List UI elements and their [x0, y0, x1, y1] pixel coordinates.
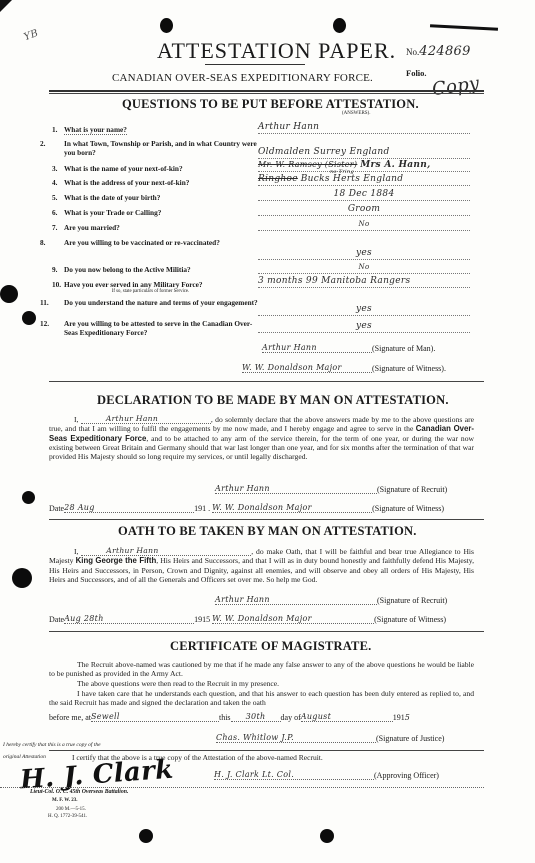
declaration-text: I, Arthur Hann, do solemnly declare that… [49, 414, 474, 461]
signature-of-witness-questions: W. W. Donaldson Major(Signature of Witne… [242, 363, 446, 373]
magistrate-para-1: The Recruit above-named was cautioned by… [49, 660, 474, 679]
force-name: CANADIAN OVER-SEAS EXPEDITIONARY FORCE. [112, 72, 373, 84]
corner-shadow [0, 0, 12, 12]
section-divider [49, 750, 484, 751]
answer-12: yes [258, 321, 470, 333]
form-code-3: H. Q. 1772-39-541. [48, 814, 87, 819]
oath-date-line: DateAug 28th1915 W. W. Donaldson Major(S… [49, 614, 446, 624]
answer-9: No [258, 262, 470, 274]
struck-number [430, 24, 498, 31]
answer-3: Mr. W. Ramsey (Sister) Mrs A. Hann, [258, 160, 470, 172]
punch-hole [139, 829, 153, 843]
true-copy-stamp-line-1: I hereby certify that this is a true cop… [3, 742, 101, 748]
signature-approving-officer: H. J. Clark Lt. Col.(Approving Officer) [214, 770, 439, 780]
question-9: 9.Do you now belong to the Active Militi… [52, 265, 249, 274]
attestation-year-suffix: 5 [405, 713, 410, 722]
question-3: 3.What is the name of your next-of-kin? [52, 164, 249, 173]
oath-date: Aug 28th [64, 614, 194, 624]
question-10-note: If so, state particulars of former Servi… [52, 289, 249, 295]
oath-name: Arthur Hann [81, 546, 251, 556]
punch-hole [12, 568, 32, 588]
punch-hole [22, 311, 36, 325]
form-code-1: M. F. W. 23. [52, 798, 78, 803]
answer-11: yes [258, 304, 470, 316]
officer-rank-stamp: Lieut-Col. O. C. 45th Overseas Battalion… [30, 789, 128, 795]
section-divider [0, 787, 484, 788]
answer-7: No [258, 219, 470, 231]
attestation-day: 30th [231, 712, 281, 722]
question-6: 6.What is your Trade or Calling? [52, 208, 249, 217]
oath-signature-recruit: Arthur Hann(Signature of Recruit) [215, 595, 447, 605]
punch-hole [0, 285, 18, 303]
title-underline [205, 64, 305, 65]
answer-4-insert: no Tring [330, 169, 354, 175]
oath-heading: OATH TO BE TAKEN BY MAN ON ATTESTATION. [118, 524, 417, 539]
answer-6: Groom [258, 204, 470, 216]
number-value: 424869 [419, 44, 470, 59]
questions-heading: QUESTIONS TO BE PUT BEFORE ATTESTATION. [122, 97, 419, 112]
declaration-date: 28 Aug [64, 503, 194, 513]
answer-5: 18 Dec 1884 [258, 189, 470, 201]
true-copy-stamp-line-2: original Attestation [3, 754, 46, 760]
signature-of-justice: Chas. Whitlow J.P.(Signature of Justice) [216, 733, 444, 743]
answer-1: Arthur Hann [258, 122, 470, 134]
punch-hole [333, 18, 346, 33]
question-8: 8.Are you willing to be vaccinated or re… [52, 237, 261, 249]
oath-text: I, Arthur Hann, do make Oath, that I wil… [49, 546, 474, 584]
section-divider [49, 381, 484, 382]
answer-8: yes [258, 248, 470, 260]
question-10: 10.Have you ever served in any Military … [52, 280, 249, 295]
header-divider [49, 90, 484, 92]
attestation-place: Sewell [91, 712, 219, 722]
declarant-name: Arthur Hann [81, 414, 211, 424]
header-divider [49, 93, 484, 94]
magistrate-para-2: The above questions were then read to th… [49, 679, 474, 688]
declaration-date-line: Date28 Aug191 . W. W. Donaldson Major(Si… [49, 503, 444, 513]
question-2: 2.In what Town, Township or Parish, and … [52, 139, 261, 157]
answer-4: Ringhoe Bucks Herts England [258, 174, 470, 186]
question-11: 11.Do you understand the nature and term… [52, 298, 261, 307]
section-divider [49, 631, 484, 632]
declaration-signature-recruit: Arthur Hann(Signature of Recruit) [215, 484, 447, 494]
attestation-month: August [301, 712, 393, 722]
answers-label: (ANSWERS). [342, 111, 370, 116]
signature-of-man: Arthur Hann(Signature of Man). [262, 343, 435, 353]
question-5: 5.What is the date of your birth? [52, 193, 249, 202]
answer-2: Oldmalden Surrey England [258, 147, 470, 159]
punch-hole [320, 829, 334, 843]
punch-hole [160, 18, 173, 33]
folio-label: Folio. [406, 68, 427, 78]
answer-10: 3 months 99 Manitoba Rangers [258, 276, 470, 288]
punch-hole [22, 491, 35, 504]
corner-mark: YB [23, 28, 40, 43]
question-4: 4.What is the address of your next-of-ki… [52, 178, 249, 187]
magistrate-place-date-line: before me, atSewellthis30thday ofAugust1… [49, 712, 410, 722]
declaration-heading: DECLARATION TO BE MADE BY MAN ON ATTESTA… [97, 393, 449, 408]
number-label: No. [406, 47, 419, 57]
question-12: 12.Are you willing to be attested to ser… [52, 319, 261, 337]
document-title: ATTESTATION PAPER. [157, 38, 396, 64]
copy-stamp: Copy [431, 73, 481, 100]
form-code-2: 200 M.—5-15. [56, 807, 86, 812]
regimental-number: No.424869 [406, 44, 471, 59]
question-1: 1.What is your name? [52, 125, 249, 134]
magistrate-heading: CERTIFICATE OF MAGISTRATE. [170, 639, 371, 654]
magistrate-para-3: I have taken care that he understands ea… [49, 689, 474, 708]
section-divider [49, 519, 484, 520]
question-7: 7.Are you married? [52, 223, 249, 232]
